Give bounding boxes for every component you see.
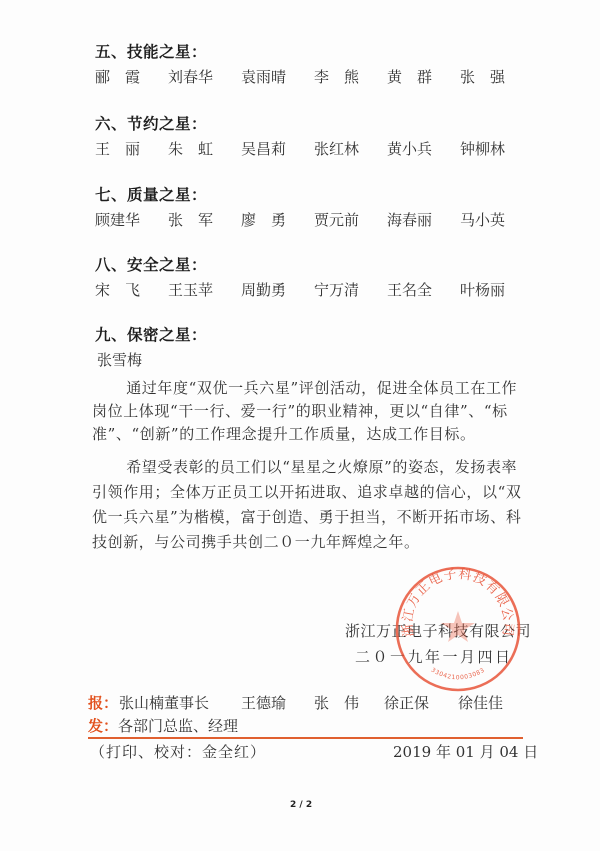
name-entry: 钟柳林	[460, 138, 505, 159]
page-number: 2 / 2	[290, 800, 312, 810]
name-entry: 张 强	[460, 66, 505, 87]
name-entry: 郦 霞	[95, 66, 140, 87]
name-entry: 王 丽	[95, 138, 140, 159]
section-heading-skill-star: 五、技能之星：	[95, 40, 207, 62]
send-label: 发：	[88, 717, 118, 735]
name-entry: 宁万清	[314, 279, 359, 300]
company-seal-stamp: 浙江万正电子科技有限公司 3304210003083	[394, 565, 522, 693]
report-label: 报：	[88, 694, 118, 712]
paragraph-line: 准”、“创新”的工作理念提升工作质量，达成工作目标。	[92, 423, 520, 446]
section-heading-saving-star: 六、节约之星：	[95, 112, 207, 134]
issue-date: 2019 年 01 月 04 日	[393, 741, 538, 762]
name-entry: 宋 飞	[95, 279, 140, 300]
section-heading-confidentiality-star: 九、保密之星：	[95, 323, 207, 345]
name-entry: 顾建华	[95, 209, 140, 230]
recipient: 徐佳佳	[458, 692, 503, 713]
recipient: 张山楠董事长	[119, 692, 209, 713]
paragraph-line: 通过年度“双优一兵六星”评创活动，促进全体员工在工作	[95, 377, 520, 400]
name-list-saving-star: 王 丽 朱 虹 吴昌莉 张红林 黄小兵 钟柳林	[95, 138, 515, 160]
section-heading-quality-star: 七、质量之星：	[95, 183, 207, 205]
recipient: 徐正保	[384, 692, 429, 713]
name-entry: 张 军	[168, 209, 213, 230]
name-entry: 黄 群	[387, 66, 432, 87]
name-entry: 贾元前	[314, 209, 359, 230]
name-list-confidentiality-star: 张雪梅	[95, 349, 515, 371]
name-entry: 廖 勇	[241, 209, 286, 230]
name-entry: 张红林	[314, 138, 359, 159]
name-entry: 周勤勇	[241, 279, 286, 300]
svg-text:3304210003083: 3304210003083	[430, 667, 486, 682]
recipient: 王德瑜	[241, 692, 286, 713]
paragraph-line: 岗位上体现“干一行、爱一行”的职业精神，更以“自律”、“标	[92, 400, 520, 423]
name-entry: 李 熊	[314, 66, 359, 87]
footer-divider	[88, 737, 523, 739]
body-paragraph-1: 通过年度“双优一兵六星”评创活动，促进全体员工在工作 岗位上体现“干一行、爱一行…	[95, 377, 520, 446]
body-paragraph-2: 希望受表彰的员工们以“星星之火燎原”的姿态，发扬表率 引领作用；全体万正员工以开…	[95, 455, 520, 555]
name-entry: 王名全	[387, 279, 432, 300]
send-recipients: 各部门总监、经理	[118, 717, 238, 735]
star-icon	[441, 611, 475, 642]
print-proofread-note: （打印、校对：金全红）	[90, 741, 266, 762]
name-entry: 吴昌莉	[241, 138, 286, 159]
name-entry: 王玉苹	[168, 279, 213, 300]
name-entry: 袁雨晴	[241, 66, 286, 87]
paragraph-line: 希望受表彰的员工们以“星星之火燎原”的姿态，发扬表率	[95, 455, 520, 480]
paragraph-line: 优一兵六星”为楷模，富于创造、勇于担当，不断开拓市场、科	[92, 505, 520, 530]
name-list-skill-star: 郦 霞 刘春华 袁雨晴 李 熊 黄 群 张 强	[95, 66, 515, 88]
paragraph-line: 引领作用；全体万正员工以开拓进取、追求卓越的信心，以“双	[92, 480, 520, 505]
name-entry: 刘春华	[168, 66, 213, 87]
document-page: 五、技能之星： 郦 霞 刘春华 袁雨晴 李 熊 黄 群 张 强 六、节约之星： …	[0, 0, 600, 851]
name-entry: 朱 虹	[168, 138, 213, 159]
name-entry: 黄小兵	[387, 138, 432, 159]
recipient: 张 伟	[314, 692, 359, 713]
name-entry: 张雪梅	[97, 349, 142, 370]
name-list-safety-star: 宋 飞 王玉苹 周勤勇 宁万清 王名全 叶杨丽	[95, 279, 515, 301]
report-to-row: 报：	[88, 692, 118, 713]
report-recipients: 张山楠董事长 王德瑜 张 伟 徐正保 徐佳佳	[119, 692, 539, 712]
section-heading-safety-star: 八、安全之星：	[95, 253, 207, 275]
name-entry: 海春丽	[387, 209, 432, 230]
paragraph-line: 技创新，与公司携手共创二０一九年辉煌之年。	[92, 530, 520, 555]
name-list-quality-star: 顾建华 张 军 廖 勇 贾元前 海春丽 马小英	[95, 209, 515, 231]
name-entry: 叶杨丽	[460, 279, 505, 300]
send-to-row: 发：各部门总监、经理	[88, 715, 238, 736]
name-entry: 马小英	[460, 209, 505, 230]
